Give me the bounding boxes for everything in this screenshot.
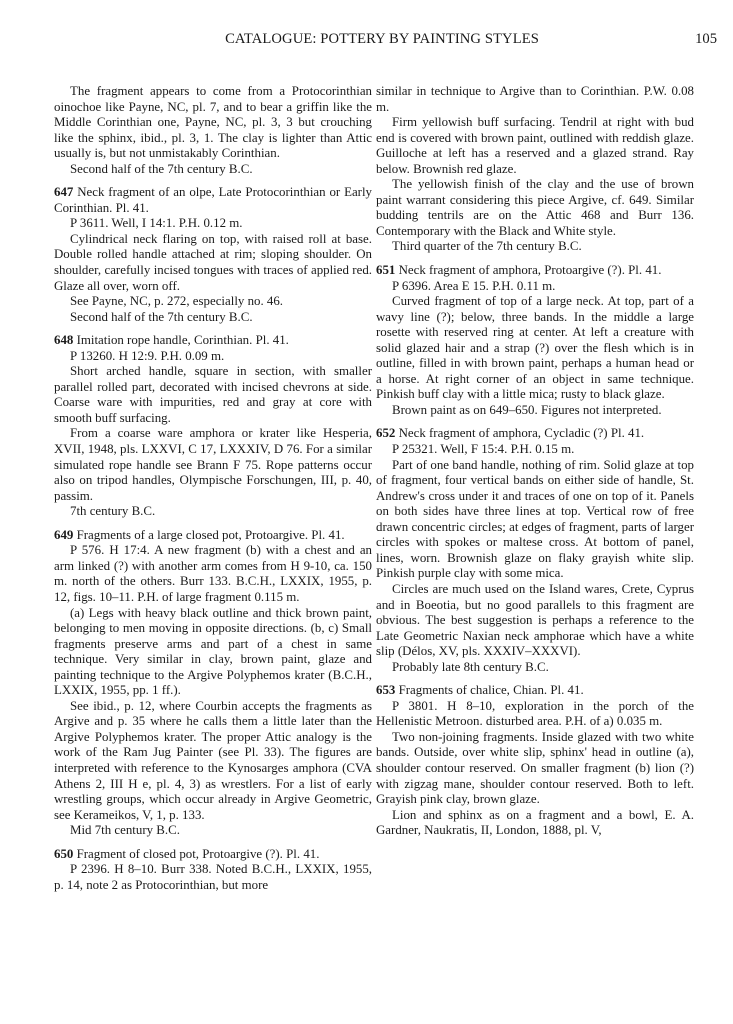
entry-number: 652 — [376, 426, 395, 440]
catalogue-entry-heading: 648 Imitation rope handle, Corinthian. P… — [54, 333, 372, 349]
entry-reference: P 25321. Well, F 15:4. P.H. 0.15 m. — [376, 442, 694, 458]
entry-comment: Lion and sphinx as on a fragment and a b… — [376, 808, 694, 839]
page-number: 105 — [695, 31, 717, 48]
entry-reference: P 3611. Well, I 14:1. P.H. 0.12 m. — [54, 216, 372, 232]
entry-description: Part of one band handle, nothing of rim.… — [376, 458, 694, 582]
entry-description: (a) Legs with heavy black outline and th… — [54, 606, 372, 699]
catalogue-entry-heading: 652 Neck fragment of amphora, Cycladic (… — [376, 426, 694, 442]
intro-paragraph: The fragment appears to come from a Prot… — [54, 84, 372, 162]
right-column: similar in technique to Argive than to C… — [376, 84, 694, 839]
page-header: CATALOGUE: POTTERY BY PAINTING STYLES 10… — [47, 31, 717, 51]
entry-number: 649 — [54, 528, 73, 542]
entry-comment: Brown paint as on 649–650. Figures not i… — [376, 403, 694, 419]
entry-comment: See Payne, NC, p. 272, especially no. 46… — [54, 294, 372, 310]
entry-reference: P 576. H 17:4. A new fragment (b) with a… — [54, 543, 372, 605]
entry-reference: P 13260. H 12:9. P.H. 0.09 m. — [54, 349, 372, 365]
entry-description: Two non-joining fragments. Inside glazed… — [376, 730, 694, 808]
entry-date: Mid 7th century B.C. — [54, 823, 372, 839]
entry-comment: See ibid., p. 12, where Courbin accepts … — [54, 699, 372, 823]
entry-title: Fragment of closed pot, Protoargive (?).… — [77, 847, 320, 861]
entry-title: Fragments of a large closed pot, Protoar… — [77, 528, 345, 542]
entry-title: Neck fragment of an olpe, Late Protocori… — [54, 185, 372, 215]
entry-comment: The yellowish finish of the clay and the… — [376, 177, 694, 239]
entry-description: Curved fragment of top of a large neck. … — [376, 294, 694, 403]
intro-date: Second half of the 7th century B.C. — [54, 162, 372, 178]
entry-description: Short arched handle, square in section, … — [54, 364, 372, 426]
entry-title: Neck fragment of amphora, Cycladic (?) P… — [399, 426, 645, 440]
entry-description: Cylindrical neck flaring on top, with ra… — [54, 232, 372, 294]
left-column: The fragment appears to come from a Prot… — [54, 84, 372, 893]
continued-reference: similar in technique to Argive than to C… — [376, 84, 694, 115]
catalogue-entry-heading: 651 Neck fragment of amphora, Protoargiv… — [376, 263, 694, 279]
entry-number: 651 — [376, 263, 395, 277]
entry-title: Neck fragment of amphora, Protoargive (?… — [399, 263, 662, 277]
entry-title: Imitation rope handle, Corinthian. Pl. 4… — [77, 333, 289, 347]
catalogue-entry-heading: 650 Fragment of closed pot, Protoargive … — [54, 847, 372, 863]
entry-description: Firm yellowish buff surfacing. Tendril a… — [376, 115, 694, 177]
catalogue-entry-heading: 653 Fragments of chalice, Chian. Pl. 41. — [376, 683, 694, 699]
entry-date: 7th century B.C. — [54, 504, 372, 520]
catalogue-entry-heading: 647 Neck fragment of an olpe, Late Proto… — [54, 185, 372, 216]
entry-reference: P 6396. Area E 15. P.H. 0.11 m. — [376, 279, 694, 295]
catalogue-entry-heading: 649 Fragments of a large closed pot, Pro… — [54, 528, 372, 544]
entry-title: Fragments of chalice, Chian. Pl. 41. — [399, 683, 584, 697]
entry-comment: Circles are much used on the Island ware… — [376, 582, 694, 660]
entry-date: Third quarter of the 7th century B.C. — [376, 239, 694, 255]
entry-comment: From a coarse ware amphora or krater lik… — [54, 426, 372, 504]
entry-number: 647 — [54, 185, 73, 199]
entry-number: 650 — [54, 847, 73, 861]
entry-number: 648 — [54, 333, 73, 347]
entry-date: Probably late 8th century B.C. — [376, 660, 694, 676]
entry-number: 653 — [376, 683, 395, 697]
entry-reference: P 3801. H 8–10, exploration in the porch… — [376, 699, 694, 730]
entry-reference: P 2396. H 8–10. Burr 338. Noted B.C.H., … — [54, 862, 372, 893]
running-head: CATALOGUE: POTTERY BY PAINTING STYLES — [47, 31, 717, 48]
entry-date: Second half of the 7th century B.C. — [54, 310, 372, 326]
